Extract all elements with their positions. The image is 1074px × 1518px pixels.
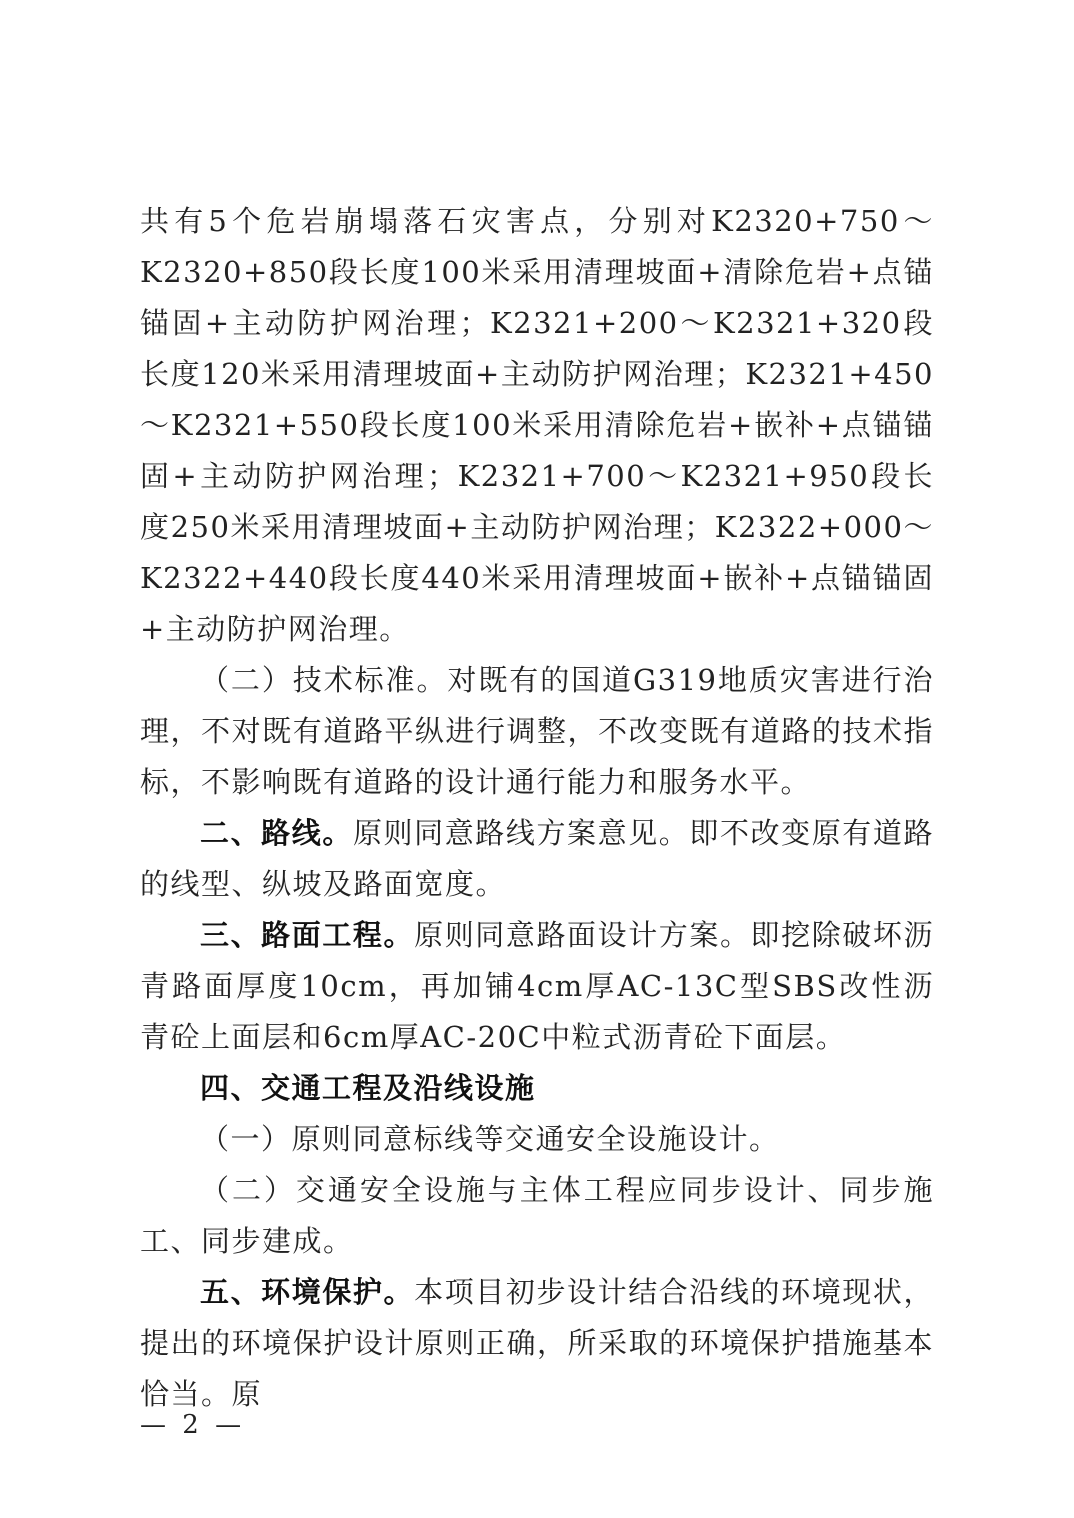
paragraph-traffic-heading: 四、交通工程及沿线设施 <box>140 1063 934 1114</box>
paragraph-text: （一）原则同意标线等交通安全设施设计。 <box>200 1122 780 1156</box>
paragraph-route: 二、路线。原则同意路线方案意见。即不改变原有道路的线型、纵坡及路面宽度。 <box>140 808 934 910</box>
section-heading: 三、路面工程。 <box>200 918 414 952</box>
paragraph-traffic-item-2: （二）交通安全设施与主体工程应同步设计、同步施工、同步建成。 <box>140 1165 934 1267</box>
section-heading: 五、环境保护。 <box>200 1275 414 1309</box>
paragraph-hazard-points: 共有5个危岩崩塌落石灾害点，分别对K2320+750～K2320+850段长度1… <box>140 196 934 655</box>
paragraph-text: （二）交通安全设施与主体工程应同步设计、同步施工、同步建成。 <box>140 1173 934 1258</box>
paragraph-text: 共有5个危岩崩塌落石灾害点，分别对K2320+750～K2320+850段长度1… <box>140 204 934 646</box>
document-body: 共有5个危岩崩塌落石灾害点，分别对K2320+750～K2320+850段长度1… <box>140 196 934 1420</box>
page-number: — 2 — <box>140 1410 245 1440</box>
paragraph-heading: （二）技术标准。 <box>200 663 447 697</box>
paragraph-pavement: 三、路面工程。原则同意路面设计方案。即挖除破坏沥青路面厚度10cm，再加铺4cm… <box>140 910 934 1063</box>
section-heading: 二、路线。 <box>200 816 353 850</box>
section-heading: 四、交通工程及沿线设施 <box>200 1071 536 1105</box>
paragraph-technical-standard: （二）技术标准。对既有的国道G319地质灾害进行治理，不对既有道路平纵进行调整，… <box>140 655 934 808</box>
paragraph-traffic-item-1: （一）原则同意标线等交通安全设施设计。 <box>140 1114 934 1165</box>
paragraph-environment: 五、环境保护。本项目初步设计结合沿线的环境现状，提出的环境保护设计原则正确，所采… <box>140 1267 934 1420</box>
